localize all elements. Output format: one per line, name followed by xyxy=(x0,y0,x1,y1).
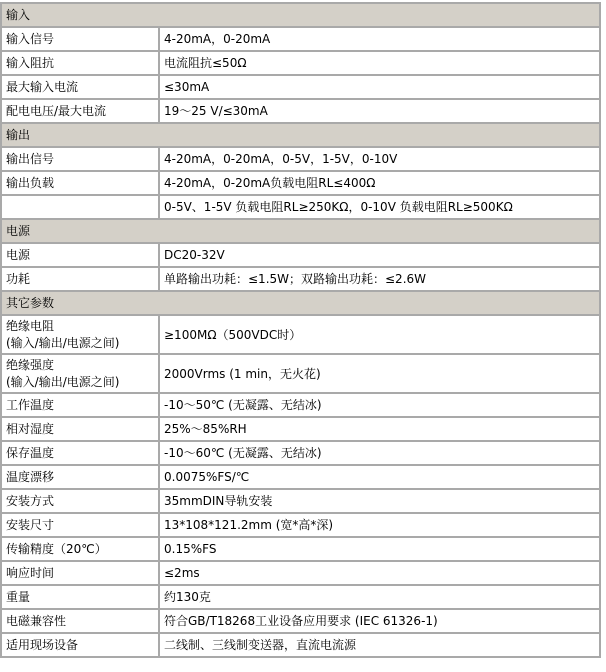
spec-label-cell: 传输精度（20℃） xyxy=(1,537,159,561)
spec-value-text: 35mmDIN导轨安装 xyxy=(164,493,595,510)
section-title: 其它参数 xyxy=(1,291,600,315)
spec-value-text: 约130克 xyxy=(164,589,595,606)
spec-value-cell: 13*108*121.2mm (宽*高*深) xyxy=(159,513,600,537)
spec-value-cell: ≤2ms xyxy=(159,561,600,585)
spec-value-text: 2000Vrms (1 min，无火花) xyxy=(164,366,595,383)
spec-label-cell: 温度漂移 xyxy=(1,465,159,489)
spec-value-text: ≤30mA xyxy=(164,79,595,96)
spec-value-cell: DC20-32V xyxy=(159,243,600,267)
spec-value-text: 19～25 V/≤30mA xyxy=(164,103,595,120)
spec-row: 0-5V、1-5V 负载电阻RL≥250KΩ，0-10V 负载电阻RL≥500K… xyxy=(1,195,600,219)
spec-row: 重量约130克 xyxy=(1,585,600,609)
spec-row: 温度漂移0.0075%FS/℃ xyxy=(1,465,600,489)
spec-row: 绝缘电阻(输入/输出/电源之间)≥100MΩ（500VDC时） xyxy=(1,315,600,354)
spec-row: 最大输入电流≤30mA xyxy=(1,75,600,99)
spec-value-cell: 符合GB/T18268工业设备应用要求 (IEC 61326-1) xyxy=(159,609,600,633)
spec-row: 工作温度-10～50℃ (无凝露、无结冰) xyxy=(1,393,600,417)
spec-label-cell: 相对湿度 xyxy=(1,417,159,441)
spec-value-cell: 0.15%FS xyxy=(159,537,600,561)
section-header-row: 其它参数 xyxy=(1,291,600,315)
spec-value-text: 0.15%FS xyxy=(164,541,595,558)
spec-label-text: 输入信号 xyxy=(6,31,154,48)
spec-label-cell: 输出信号 xyxy=(1,147,159,171)
spec-row: 传输精度（20℃）0.15%FS xyxy=(1,537,600,561)
spec-label-cell: 功耗 xyxy=(1,267,159,291)
spec-value-text: 4-20mA，0-20mA xyxy=(164,31,595,48)
spec-value-cell: 单路输出功耗：≤1.5W；双路输出功耗：≤2.6W xyxy=(159,267,600,291)
spec-value-cell: ≥100MΩ（500VDC时） xyxy=(159,315,600,354)
spec-value-cell: 电流阻抗≤50Ω xyxy=(159,51,600,75)
spec-value-cell: 4-20mA，0-20mA，0-5V，1-5V，0-10V xyxy=(159,147,600,171)
spec-value-text: -10～60℃ (无凝露、无结冰) xyxy=(164,445,595,462)
spec-label-cell: 输入阻抗 xyxy=(1,51,159,75)
spec-label-text: 响应时间 xyxy=(6,565,154,582)
spec-label-text: 电磁兼容性 xyxy=(6,613,154,630)
spec-value-text: 0-5V、1-5V 负载电阻RL≥250KΩ，0-10V 负载电阻RL≥500K… xyxy=(164,199,595,216)
spec-value-text: 13*108*121.2mm (宽*高*深) xyxy=(164,517,595,534)
spec-label-cell: 输出负载 xyxy=(1,171,159,195)
spec-row: 安装方式35mmDIN导轨安装 xyxy=(1,489,600,513)
spec-label-text: 输入阻抗 xyxy=(6,55,154,72)
spec-row: 输入阻抗电流阻抗≤50Ω xyxy=(1,51,600,75)
spec-label-cell: 工作温度 xyxy=(1,393,159,417)
section-header-row: 电源 xyxy=(1,219,600,243)
spec-value-cell: 2000Vrms (1 min，无火花) xyxy=(159,354,600,393)
spec-label-cell: 保存温度 xyxy=(1,441,159,465)
spec-row: 输入信号4-20mA，0-20mA xyxy=(1,27,600,51)
spec-row: 输出信号4-20mA，0-20mA，0-5V，1-5V，0-10V xyxy=(1,147,600,171)
spec-value-cell: 约130克 xyxy=(159,585,600,609)
spec-value-text: 单路输出功耗：≤1.5W；双路输出功耗：≤2.6W xyxy=(164,271,595,288)
spec-label-text: 绝缘强度 xyxy=(6,357,154,374)
spec-label-text: 绝缘电阻 xyxy=(6,318,154,335)
spec-value-text: 电流阻抗≤50Ω xyxy=(164,55,595,72)
spec-value-text: DC20-32V xyxy=(164,247,595,264)
spec-label-cell: 电磁兼容性 xyxy=(1,609,159,633)
spec-label-cell: 绝缘电阻(输入/输出/电源之间) xyxy=(1,315,159,354)
spec-value-text: ≥100MΩ（500VDC时） xyxy=(164,327,595,344)
spec-label-text: 最大输入电流 xyxy=(6,79,154,96)
spec-row: 功耗单路输出功耗：≤1.5W；双路输出功耗：≤2.6W xyxy=(1,267,600,291)
spec-value-text: 4-20mA，0-20mA负载电阻RL≤400Ω xyxy=(164,175,595,192)
spec-value-cell: 19～25 V/≤30mA xyxy=(159,99,600,123)
spec-label-text: 输出信号 xyxy=(6,151,154,168)
spec-row: 保存温度-10～60℃ (无凝露、无结冰) xyxy=(1,441,600,465)
section-header-row: 输出 xyxy=(1,123,600,147)
spec-row: 输出负载4-20mA，0-20mA负载电阻RL≤400Ω xyxy=(1,171,600,195)
spec-label-text: 配电电压/最大电流 xyxy=(6,103,154,120)
spec-value-text: ≤2ms xyxy=(164,565,595,582)
spec-value-cell: 二线制、三线制变送器，直流电流源 xyxy=(159,633,600,657)
spec-value-text: 符合GB/T18268工业设备应用要求 (IEC 61326-1) xyxy=(164,613,595,630)
spec-label-text-line2: (输入/输出/电源之间) xyxy=(6,374,154,391)
spec-value-cell: ≤30mA xyxy=(159,75,600,99)
spec-table: 输入输入信号4-20mA，0-20mA输入阻抗电流阻抗≤50Ω最大输入电流≤30… xyxy=(0,2,601,658)
spec-label-text: 相对湿度 xyxy=(6,421,154,438)
spec-label-cell: 配电电压/最大电流 xyxy=(1,99,159,123)
spec-value-cell: 25%～85%RH xyxy=(159,417,600,441)
spec-label-cell: 重量 xyxy=(1,585,159,609)
spec-table-body: 输入输入信号4-20mA，0-20mA输入阻抗电流阻抗≤50Ω最大输入电流≤30… xyxy=(1,3,600,657)
section-title: 输出 xyxy=(1,123,600,147)
spec-label-cell: 输入信号 xyxy=(1,27,159,51)
spec-label-text: 传输精度（20℃） xyxy=(6,541,154,558)
spec-value-text: -10～50℃ (无凝露、无结冰) xyxy=(164,397,595,414)
spec-label-text: 保存温度 xyxy=(6,445,154,462)
spec-label-text: 安装方式 xyxy=(6,493,154,510)
spec-row: 配电电压/最大电流19～25 V/≤30mA xyxy=(1,99,600,123)
section-title: 输入 xyxy=(1,3,600,27)
section-title: 电源 xyxy=(1,219,600,243)
spec-row: 响应时间≤2ms xyxy=(1,561,600,585)
spec-label-cell: 适用现场设备 xyxy=(1,633,159,657)
spec-row: 绝缘强度(输入/输出/电源之间)2000Vrms (1 min，无火花) xyxy=(1,354,600,393)
spec-label-text: 功耗 xyxy=(6,271,154,288)
spec-label-cell: 安装尺寸 xyxy=(1,513,159,537)
section-header-row: 输入 xyxy=(1,3,600,27)
spec-value-text: 25%～85%RH xyxy=(164,421,595,438)
spec-value-cell: 4-20mA，0-20mA负载电阻RL≤400Ω xyxy=(159,171,600,195)
spec-label-text: 适用现场设备 xyxy=(6,637,154,654)
spec-label-cell: 安装方式 xyxy=(1,489,159,513)
spec-value-cell: -10～50℃ (无凝露、无结冰) xyxy=(159,393,600,417)
spec-label-cell: 最大输入电流 xyxy=(1,75,159,99)
spec-row: 相对湿度25%～85%RH xyxy=(1,417,600,441)
spec-row: 适用现场设备二线制、三线制变送器，直流电流源 xyxy=(1,633,600,657)
spec-value-cell: -10～60℃ (无凝露、无结冰) xyxy=(159,441,600,465)
spec-value-text: 0.0075%FS/℃ xyxy=(164,469,595,486)
spec-label-cell xyxy=(1,195,159,219)
spec-row: 安装尺寸13*108*121.2mm (宽*高*深) xyxy=(1,513,600,537)
spec-page: 输入输入信号4-20mA，0-20mA输入阻抗电流阻抗≤50Ω最大输入电流≤30… xyxy=(0,0,606,672)
spec-label-cell: 电源 xyxy=(1,243,159,267)
spec-value-text: 二线制、三线制变送器，直流电流源 xyxy=(164,637,595,654)
spec-row: 电磁兼容性符合GB/T18268工业设备应用要求 (IEC 61326-1) xyxy=(1,609,600,633)
spec-label-text: 电源 xyxy=(6,247,154,264)
spec-value-cell: 0.0075%FS/℃ xyxy=(159,465,600,489)
spec-value-cell: 0-5V、1-5V 负载电阻RL≥250KΩ，0-10V 负载电阻RL≥500K… xyxy=(159,195,600,219)
spec-value-text: 4-20mA，0-20mA，0-5V，1-5V，0-10V xyxy=(164,151,595,168)
spec-label-text: 输出负载 xyxy=(6,175,154,192)
spec-label-text-line2: (输入/输出/电源之间) xyxy=(6,335,154,352)
spec-label-text: 重量 xyxy=(6,589,154,606)
spec-label-cell: 响应时间 xyxy=(1,561,159,585)
spec-label-text: 安装尺寸 xyxy=(6,517,154,534)
spec-label-text: 温度漂移 xyxy=(6,469,154,486)
spec-value-cell: 35mmDIN导轨安装 xyxy=(159,489,600,513)
spec-row: 电源DC20-32V xyxy=(1,243,600,267)
spec-label-cell: 绝缘强度(输入/输出/电源之间) xyxy=(1,354,159,393)
spec-label-text: 工作温度 xyxy=(6,397,154,414)
spec-value-cell: 4-20mA，0-20mA xyxy=(159,27,600,51)
